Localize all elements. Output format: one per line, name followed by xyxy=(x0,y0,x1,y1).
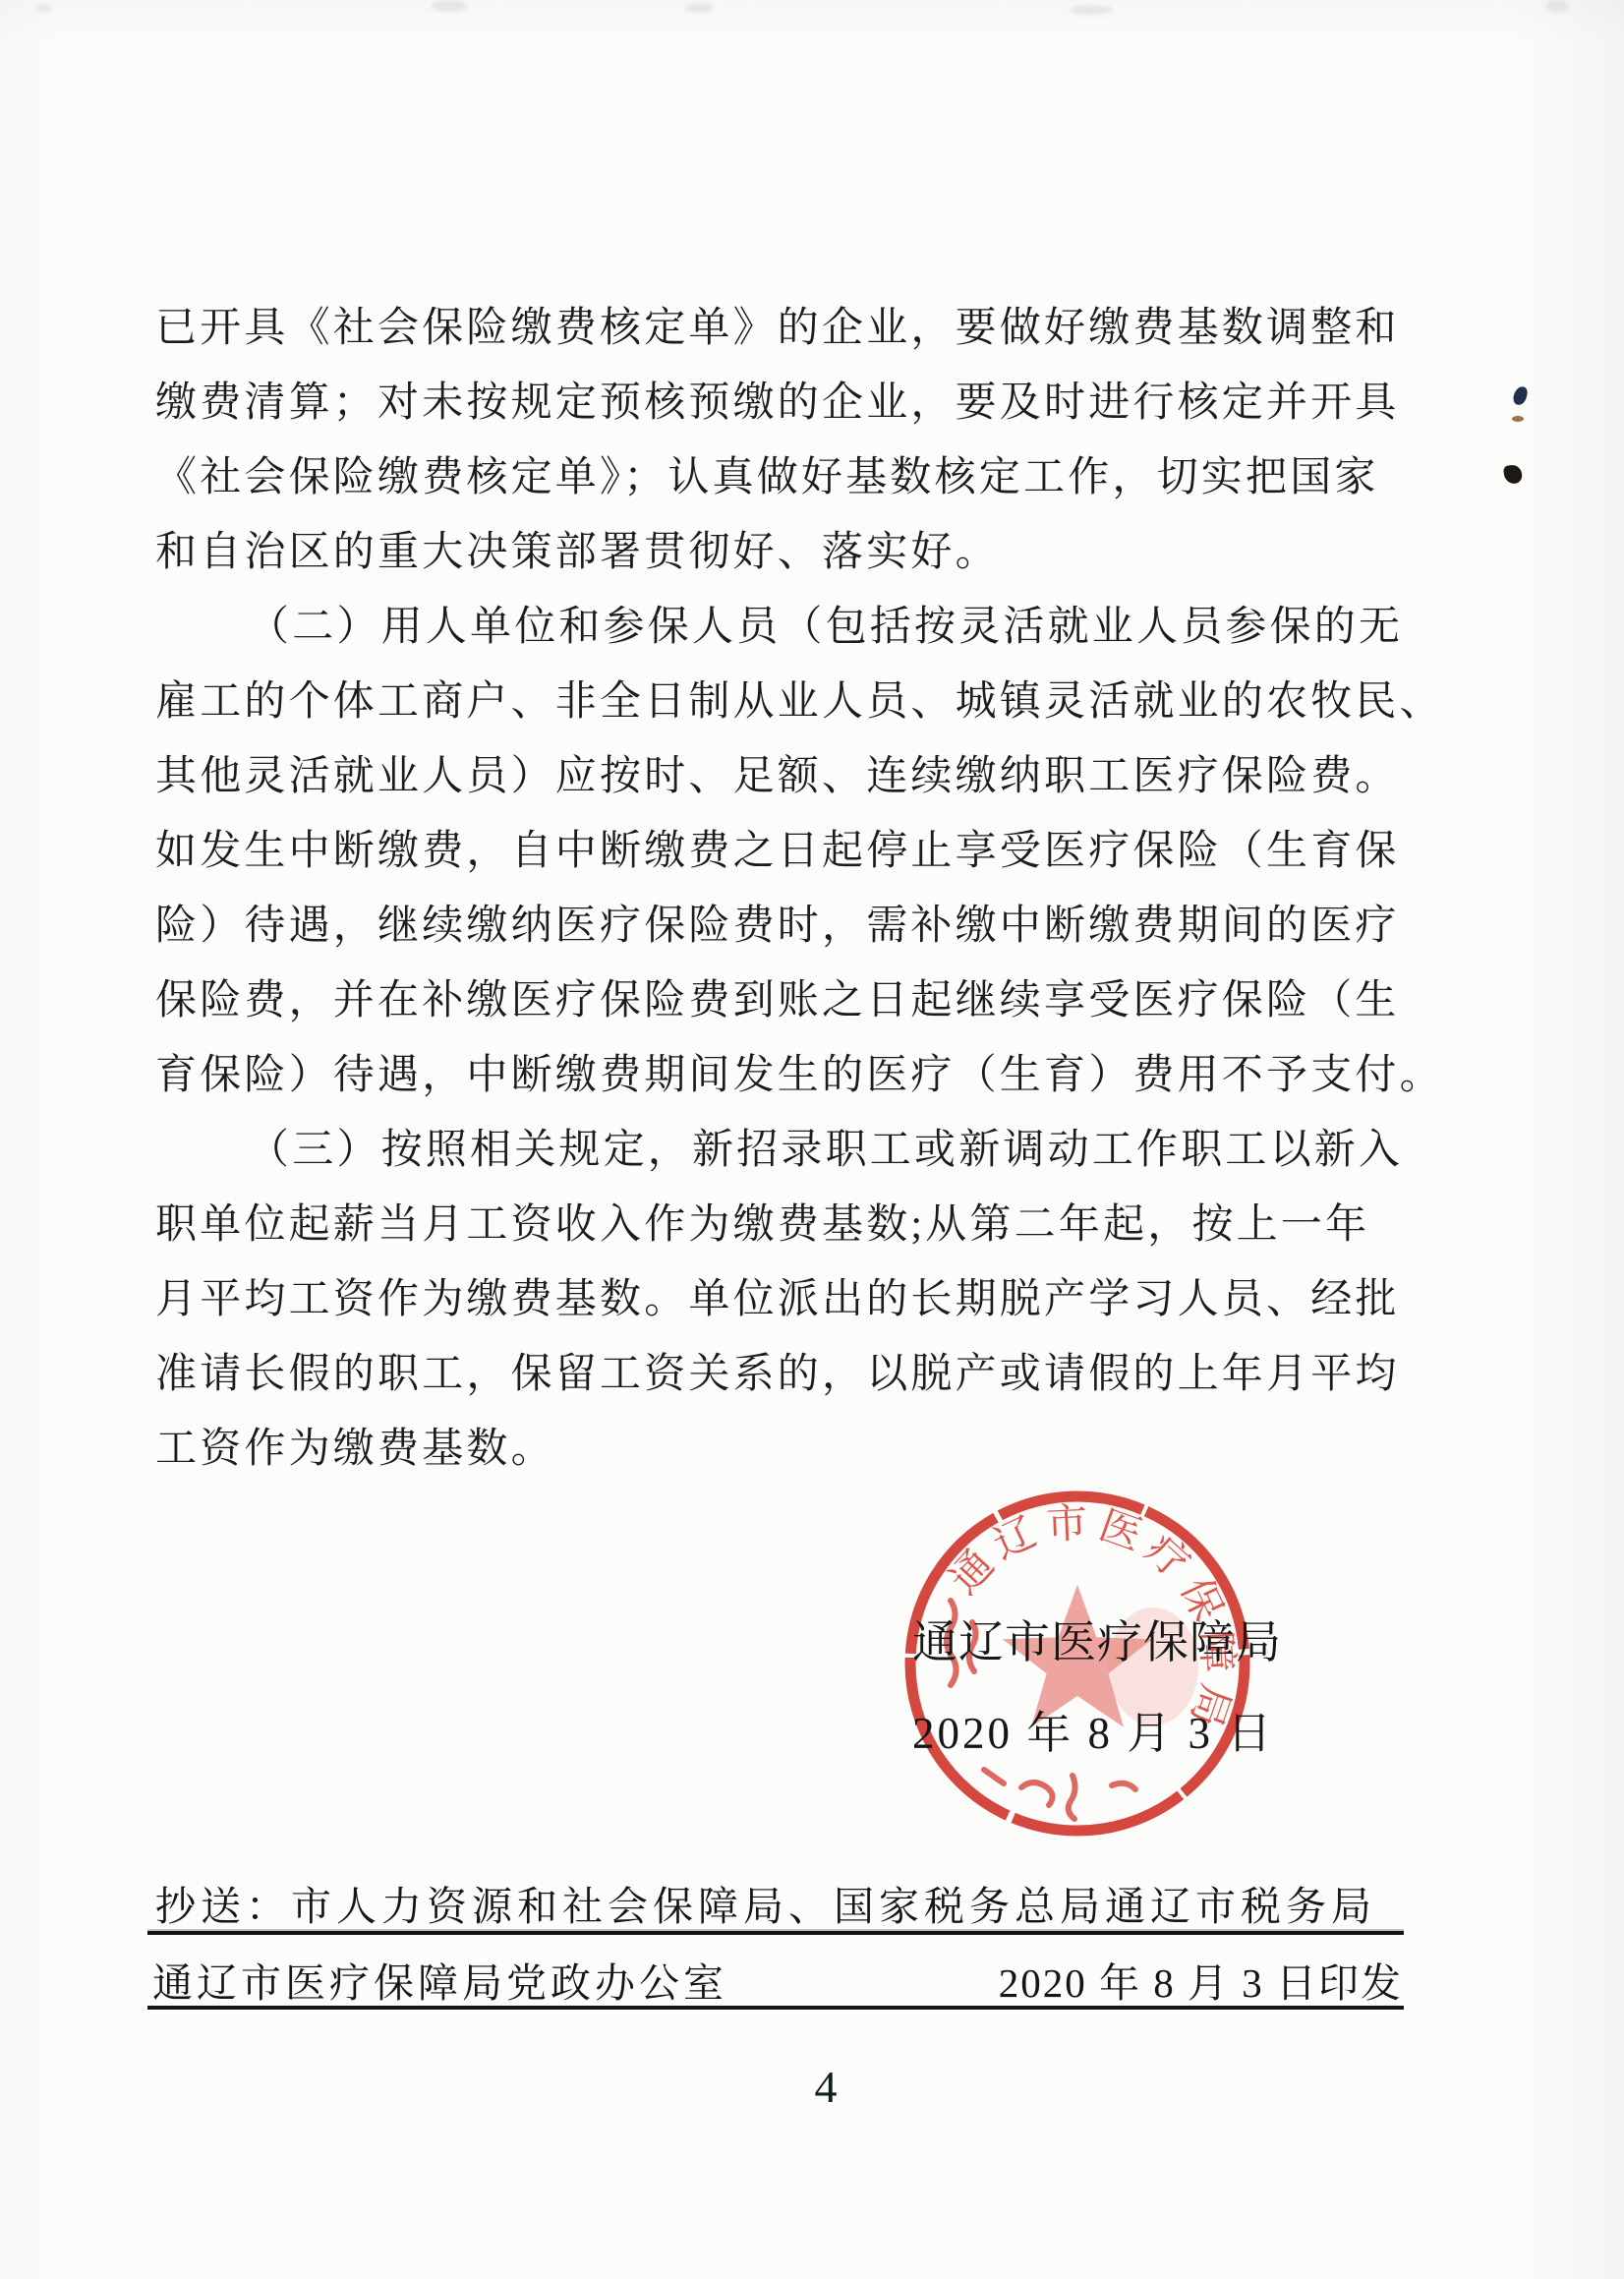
body-line: 工资作为缴费基数。 xyxy=(155,1412,1463,1487)
page-number: 4 xyxy=(0,2061,1624,2113)
body-line: 已开具《社会保险缴费核定单》的企业，要做好缴费基数调整和 xyxy=(155,291,1463,366)
body-line: （二）用人单位和参保人员（包括按灵活就业人员参保的无 xyxy=(155,590,1463,665)
footer-cc-line: 抄送：市人力资源和社会保障局、国家税务总局通辽市税务局 xyxy=(155,1874,1376,1932)
footer-issuer: 通辽市医疗保障局党政办公室 xyxy=(152,1951,727,2009)
footer-print-date: 2020 年 8 月 3 日印发 xyxy=(999,1951,1403,2009)
scan-smudge xyxy=(1070,5,1113,15)
ink-speck xyxy=(1512,416,1524,422)
footer-issuer-row: 通辽市医疗保障局党政办公室 2020 年 8 月 3 日印发 xyxy=(152,1951,1403,2009)
body-line: 险）待遇，继续缴纳医疗保险费时，需补缴中断缴费期间的医疗 xyxy=(155,889,1463,964)
body-line: 雇工的个体工商户、非全日制从业人员、城镇灵活就业的农牧民、 xyxy=(155,665,1463,739)
scan-smudge xyxy=(1545,0,1569,13)
signature-agency: 通辽市医疗保障局 xyxy=(912,1607,1282,1671)
ink-speck xyxy=(1512,385,1529,407)
body-line: 职单位起薪当月工资收入作为缴费基数;从第二年起，按上一年 xyxy=(155,1188,1463,1262)
body-line: 《社会保险缴费核定单》；认真做好基数核定工作，切实把国家 xyxy=(155,440,1463,515)
body-line: 缴费清算；对未按规定预核预缴的企业，要及时进行核定并开具 xyxy=(155,366,1463,440)
footer-divider-top xyxy=(147,1931,1404,1935)
document-body: 已开具《社会保险缴费核定单》的企业，要做好缴费基数调整和 缴费清算；对未按规定预… xyxy=(155,291,1463,1487)
ink-speck xyxy=(1503,464,1523,485)
signature-date: 2020 年 8 月 3 日 xyxy=(912,1697,1274,1761)
scan-smudge xyxy=(35,4,51,12)
body-line: 保险费，并在补缴医疗保险费到账之日起继续享受医疗保险（生 xyxy=(155,964,1463,1038)
body-line: 月平均工资作为缴费基数。单位派出的长期脱产学习人员、经批 xyxy=(155,1262,1463,1337)
body-line: 准请长假的职工，保留工资关系的，以脱产或请假的上年月平均 xyxy=(155,1337,1463,1412)
body-line: （三）按照相关规定，新招录职工或新调动工作职工以新入 xyxy=(155,1113,1463,1188)
body-line: 和自治区的重大决策部署贯彻好、落实好。 xyxy=(155,515,1463,590)
scan-smudge xyxy=(684,3,714,13)
body-line: 其他灵活就业人员）应按时、足额、连续缴纳职工医疗保险费。 xyxy=(155,739,1463,814)
document-page: 已开具《社会保险缴费核定单》的企业，要做好缴费基数调整和 缴费清算；对未按规定预… xyxy=(0,0,1624,2279)
footer-divider-bottom xyxy=(147,2006,1404,2010)
body-line: 如发生中断缴费，自中断缴费之日起停止享受医疗保险（生育保 xyxy=(155,814,1463,889)
body-line: 育保险）待遇，中断缴费期间发生的医疗（生育）费用不予支付。 xyxy=(155,1038,1463,1113)
scan-smudge xyxy=(431,0,468,12)
